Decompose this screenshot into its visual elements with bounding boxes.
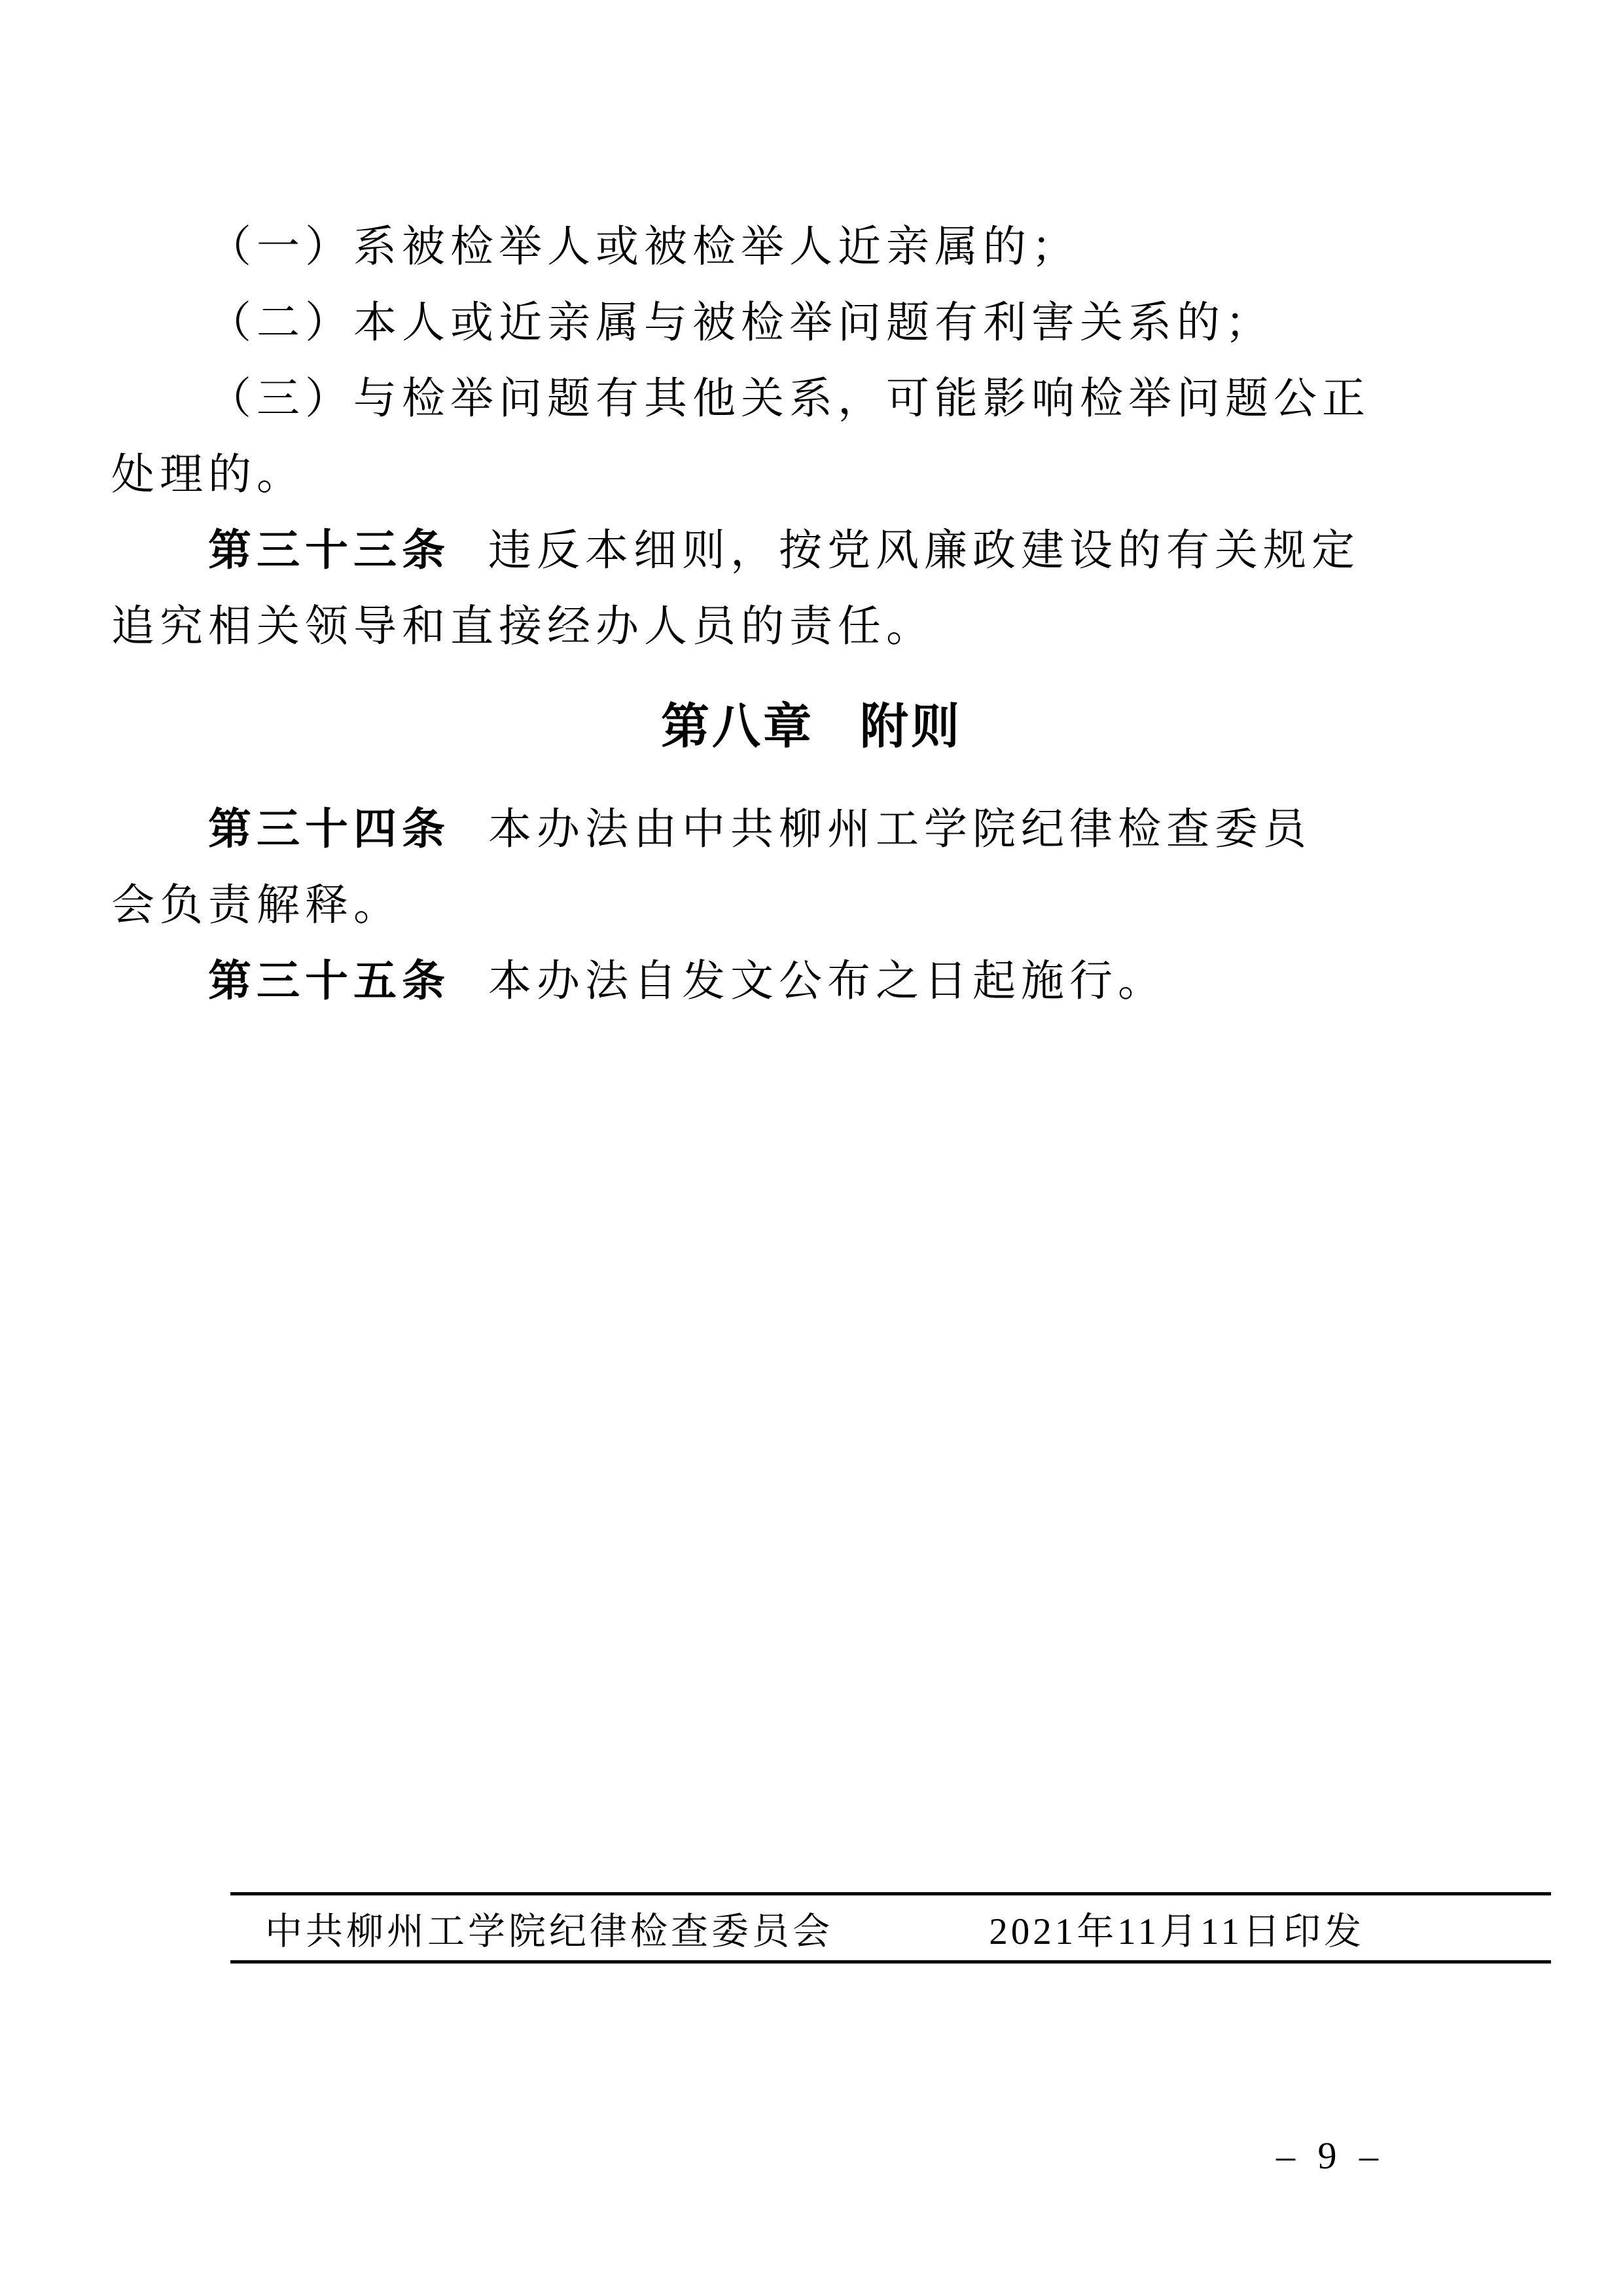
clause-line-2: （二）本人或近亲属与被检举问题有利害关系的； (111, 285, 1512, 361)
footer-issuer: 中共柳州工学院纪律检查委员会 (265, 1901, 833, 1955)
article-33-number: 第三十三条 (208, 527, 450, 575)
chapter-heading: 第八章附则 (111, 690, 1512, 763)
article-33-text: 违反本细则，按党风廉政建设的有关规定 (488, 527, 1360, 575)
article-34-text: 本办法由中共柳州工学院纪律检查委员 (488, 806, 1311, 853)
footer-print-date: 2021年11月11日印发 (989, 1901, 1364, 1955)
page-number: – 9 – (1276, 2134, 1385, 2178)
footer-rule-bottom (230, 1960, 1551, 1964)
chapter-number: 第八章 (661, 699, 814, 753)
article-33-continuation: 追究相关领导和直接经办人员的责任。 (111, 589, 1512, 665)
document-page: （一）系被检举人或被检举人近亲属的； （二）本人或近亲属与被检举问题有利害关系的… (0, 0, 1623, 2296)
article-35-line: 第三十五条本办法自发文公布之日起施行。 (111, 944, 1512, 1020)
article-35-text: 本办法自发文公布之日起施行。 (488, 958, 1166, 1005)
clause-line-3: （三）与检举问题有其他关系，可能影响检举问题公正 (111, 361, 1512, 437)
article-34-number: 第三十四条 (208, 806, 450, 853)
article-34-continuation: 会负责解释。 (111, 868, 1512, 944)
clause-line-1: （一）系被检举人或被检举人近亲属的； (111, 209, 1512, 285)
clause-line-3-continuation: 处理的。 (111, 437, 1512, 513)
article-34-line: 第三十四条本办法由中共柳州工学院纪律检查委员 (111, 792, 1512, 868)
chapter-title: 附则 (860, 699, 962, 753)
body-section-after-heading: 第三十四条本办法由中共柳州工学院纪律检查委员 会负责解释。 第三十五条本办法自发… (111, 792, 1512, 1020)
footer-colophon: 中共柳州工学院纪律检查委员会 2021年11月11日印发 (230, 1895, 1551, 1960)
body-section-before-heading: （一）系被检举人或被检举人近亲属的； （二）本人或近亲属与被检举问题有利害关系的… (111, 209, 1512, 665)
article-35-number: 第三十五条 (208, 958, 450, 1005)
article-33-line: 第三十三条违反本细则，按党风廉政建设的有关规定 (111, 513, 1512, 589)
